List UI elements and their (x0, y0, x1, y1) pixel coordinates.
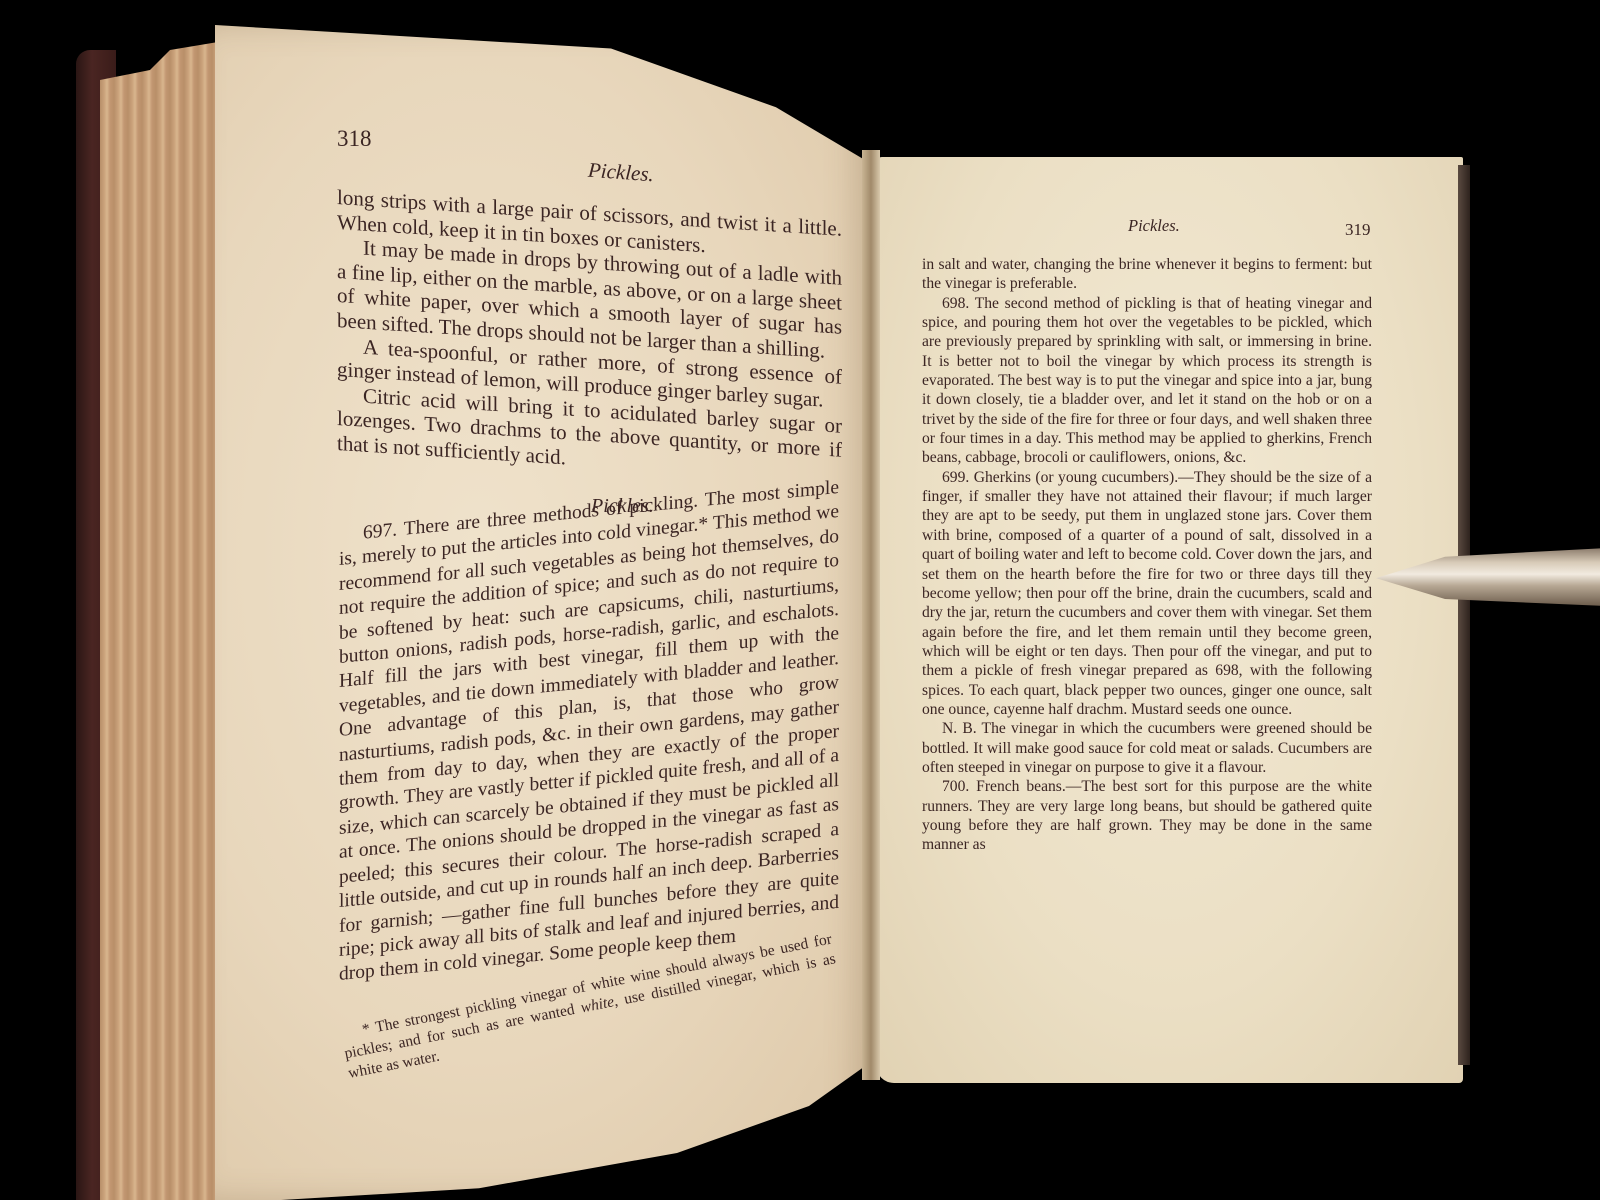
book-cover-right (1458, 165, 1470, 1065)
book-photo: 318 Pickles. long strips with a large pa… (0, 0, 1600, 1200)
page-fore-edge (100, 40, 230, 1200)
running-head-right: Pickles. (1128, 216, 1180, 236)
paragraph-698: 698. The second method of pickling is th… (922, 294, 1372, 468)
left-page-section-text: 697. There are three methods of pickling… (339, 476, 839, 988)
book-gutter (862, 150, 880, 1080)
paragraph-697: 697. There are three methods of pickling… (339, 476, 839, 988)
left-page-top-text: long strips with a large pair of scissor… (337, 185, 842, 487)
paragraph-700: 700. French beans.—The best sort for thi… (922, 777, 1372, 854)
paragraph: in salt and water, changing the brine wh… (922, 255, 1372, 294)
right-page-text: in salt and water, changing the brine wh… (922, 255, 1372, 855)
page-number-right: 319 (1345, 220, 1371, 240)
paragraph-nb: N. B. The vinegar in which the cucumbers… (922, 719, 1372, 777)
paragraph-699: 699. Gherkins (or young cucumbers).—They… (922, 468, 1372, 719)
running-head-left: Pickles. (587, 158, 654, 188)
footnote-italic: white (579, 993, 615, 1016)
page-number-left: 318 (337, 126, 372, 152)
